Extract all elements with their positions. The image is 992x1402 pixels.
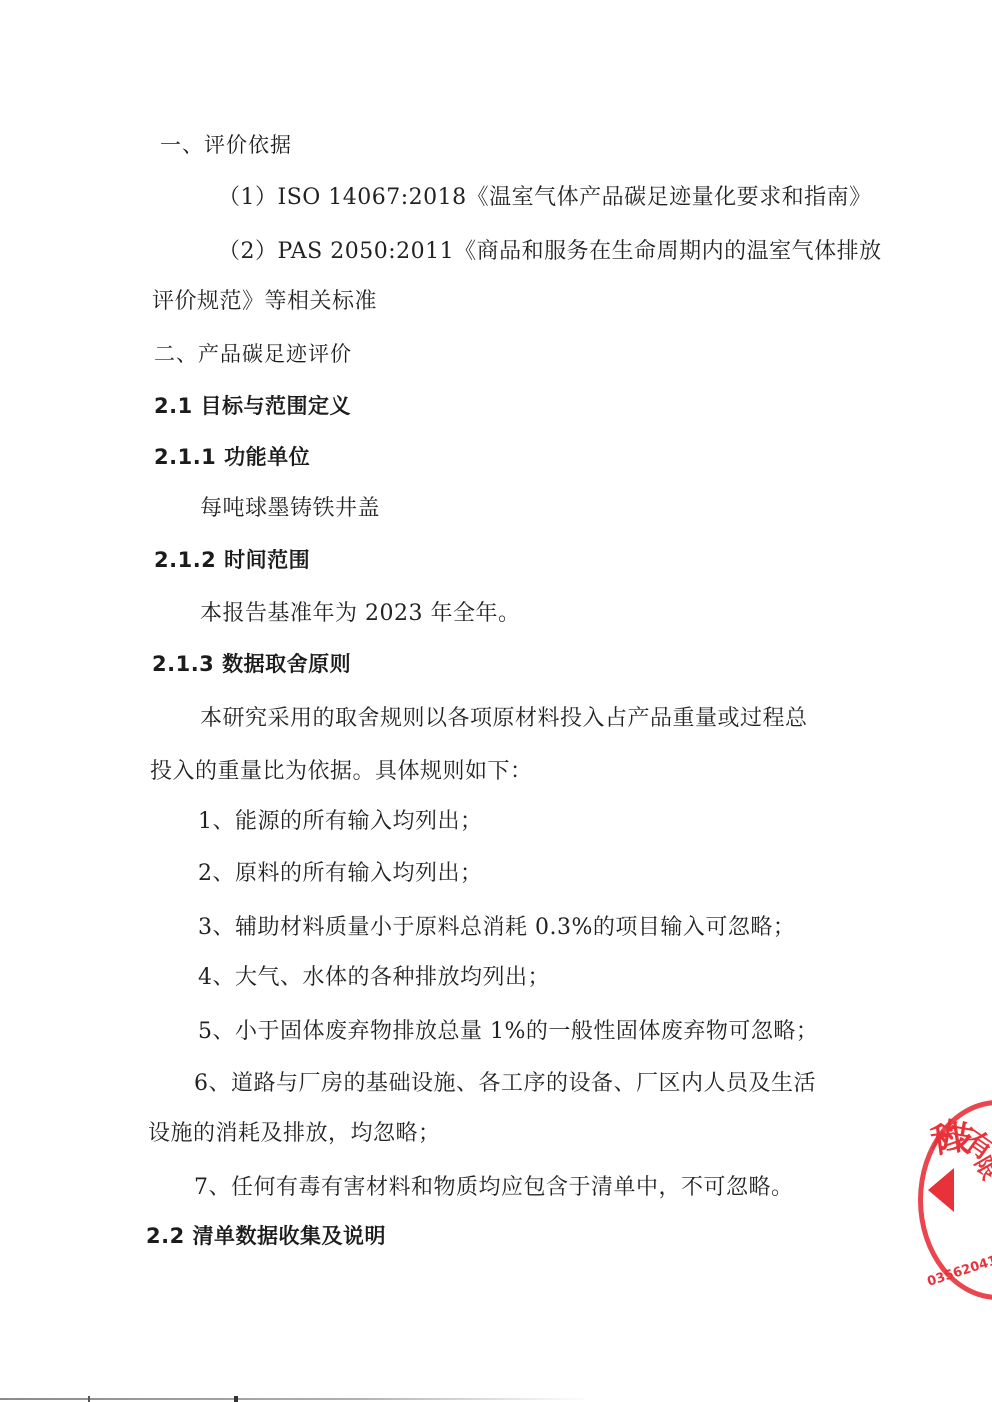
footer-tick: [234, 1396, 238, 1402]
rule-1: 1、能源的所有输入均列出；: [198, 808, 483, 836]
heading-2-1-goal-scope: 2.1 目标与范围定义: [154, 392, 351, 420]
standard-pas-2050-line1: （2）PAS 2050:2011《商品和服务在生命周期内的温室气体排放: [218, 238, 882, 266]
heading-carbon-footprint-evaluation: 二、产品碳足迹评价: [154, 340, 352, 368]
cutoff-intro-line1: 本研究采用的取舍规则以各项原材料投入占产品重量或过程总: [200, 705, 808, 733]
rule-3: 3、辅助材料质量小于原料总消耗 0.3%的项目输入可忽略；: [198, 914, 795, 942]
heading-2-1-2-time-scope: 2.1.2 时间范围: [154, 546, 310, 574]
rule-5: 5、小于固体废弃物排放总量 1%的一般性固体废弃物可忽略；: [198, 1018, 818, 1046]
rule-2: 2、原料的所有输入均列出；: [198, 860, 483, 888]
standard-iso-14067: （1）ISO 14067:2018《温室气体产品碳足迹量化要求和指南》: [218, 184, 872, 212]
heading-evaluation-basis: 一、评价依据: [160, 131, 292, 159]
time-scope-text: 本报告基准年为 2023 年全年。: [200, 600, 520, 628]
heading-2-1-3-cutoff-rules: 2.1.3 数据取舍原则: [152, 650, 351, 678]
cutoff-intro-line2: 投入的重量比为依据。具体规则如下：: [150, 758, 533, 786]
rule-4: 4、大气、水体的各种排放均列出；: [198, 964, 550, 992]
seal-star-icon: [928, 1168, 954, 1212]
footer-tick: [88, 1396, 90, 1402]
rule-6-line1: 6、道路与厂房的基础设施、各工序的设备、厂区内人员及生活: [194, 1070, 816, 1098]
rule-6-line2: 设施的消耗及排放，均忽略；: [148, 1120, 441, 1148]
standard-pas-2050-line2: 评价规范》等相关标准: [152, 288, 377, 316]
heading-2-1-1-functional-unit: 2.1.1 功能单位: [154, 443, 310, 471]
functional-unit-text: 每吨球墨铸铁井盖: [200, 495, 380, 523]
heading-2-2-inventory-data: 2.2 清单数据收集及说明: [146, 1222, 386, 1250]
rule-7: 7、任何有毒有害材料和物质均应包含于清单中，不可忽略。: [194, 1174, 794, 1202]
